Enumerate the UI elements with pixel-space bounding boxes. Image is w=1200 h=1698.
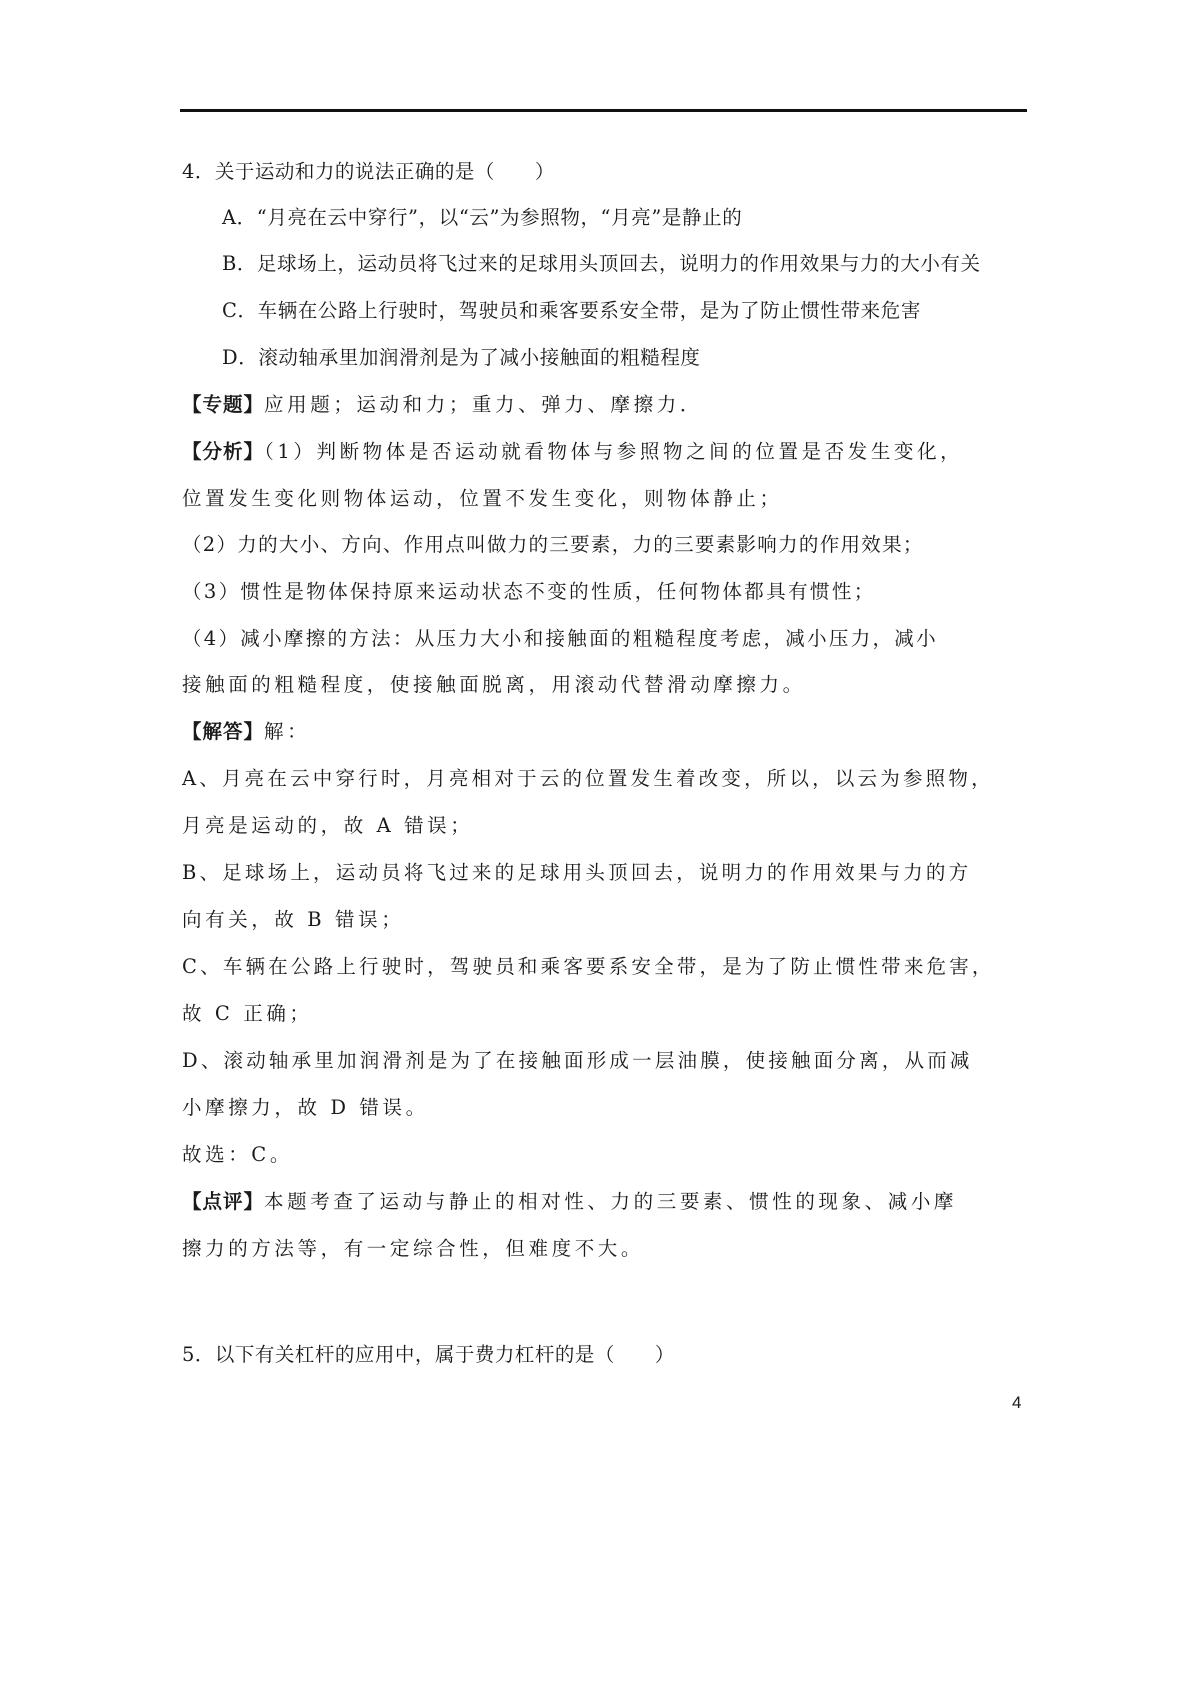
- comment-line-1: 【点评】本题考查了运动与静止的相对性、力的三要素、惯性的现象、减小摩: [182, 1190, 957, 1214]
- analysis-label: 【分析】: [182, 440, 264, 463]
- answer-line-8: 小摩擦力，故 D 错误。: [182, 1096, 429, 1120]
- answer-line-7: D、滚动轴承里加润滑剂是为了在接触面形成一层油膜，使接触面分离，从而减: [182, 1049, 973, 1073]
- question-5-stem: 5．以下有关杠杆的应用中，属于费力杠杆的是（ ）: [182, 1343, 675, 1367]
- topic-label: 【专题】: [182, 393, 264, 416]
- topic-line: 【专题】应用题；运动和力；重力、弹力、摩擦力．: [182, 393, 703, 417]
- answer-choice: 故选：C。: [182, 1143, 293, 1167]
- comment-text: 本题考查了运动与静止的相对性、力的三要素、惯性的现象、减小摩: [264, 1190, 957, 1213]
- analysis-line-3: （2）力的大小、方向、作用点叫做力的三要素，力的三要素影响力的作用效果；: [182, 533, 924, 557]
- analysis-line-2: 位置发生变化则物体运动，位置不发生变化，则物体静止；: [182, 487, 783, 511]
- answer-intro: 解：: [264, 720, 310, 743]
- page-number: 4: [1012, 1393, 1021, 1413]
- question-4-option-a: A．“月亮在云中穿行”，以“云”为参照物，“月亮”是静止的: [222, 206, 742, 230]
- comment-label: 【点评】: [182, 1190, 264, 1213]
- answer-line-5: C、车辆在公路上行驶时，驾驶员和乘客要系安全带，是为了防止惯性带来危害，: [182, 955, 995, 979]
- analysis-line-4: （3）惯性是物体保持原来运动状态不变的性质，任何物体都具有惯性；: [182, 580, 876, 604]
- question-4-option-b: B．足球场上，运动员将飞过来的足球用头顶回去，说明力的作用效果与力的大小有关: [222, 252, 981, 276]
- analysis-line-6: 接触面的粗糙程度，使接触面脱离，用滚动代替滑动摩擦力。: [182, 673, 806, 697]
- topic-text: 应用题；运动和力；重力、弹力、摩擦力．: [264, 393, 703, 416]
- header-rule: [180, 109, 1027, 112]
- question-4-option-c: C．车辆在公路上行驶时，驾驶员和乘客要系安全带，是为了防止惯性带来危害: [222, 299, 921, 323]
- analysis-text: （1）判断物体是否运动就看物体与参照物之间的位置是否发生变化，: [264, 440, 963, 463]
- answer-line-4: 向有关，故 B 错误；: [182, 908, 404, 932]
- analysis-line-1: 【分析】（1）判断物体是否运动就看物体与参照物之间的位置是否发生变化，: [182, 440, 963, 464]
- answer-label: 【解答】: [182, 720, 264, 743]
- comment-line-2: 擦力的方法等，有一定综合性，但难度不大。: [182, 1237, 644, 1261]
- answer-line-3: B、足球场上，运动员将飞过来的足球用头顶回去，说明力的作用效果与力的方: [182, 861, 971, 885]
- answer-line-intro: 【解答】解：: [182, 720, 310, 744]
- answer-line-1: A、月亮在云中穿行时，月亮相对于云的位置发生着改变，所以，以云为参照物，: [182, 767, 994, 791]
- answer-line-6: 故 C 正确；: [182, 1002, 313, 1026]
- analysis-line-5: （4）减小摩擦的方法：从压力大小和接触面的粗糙程度考虑，减小压力，减小: [182, 627, 938, 651]
- answer-line-2: 月亮是运动的，故 A 错误；: [182, 814, 473, 838]
- question-4-stem: 4．关于运动和力的说法正确的是（ ）: [182, 160, 555, 184]
- question-4-option-d: D．滚动轴承里加润滑剂是为了减小接触面的粗糙程度: [222, 346, 701, 370]
